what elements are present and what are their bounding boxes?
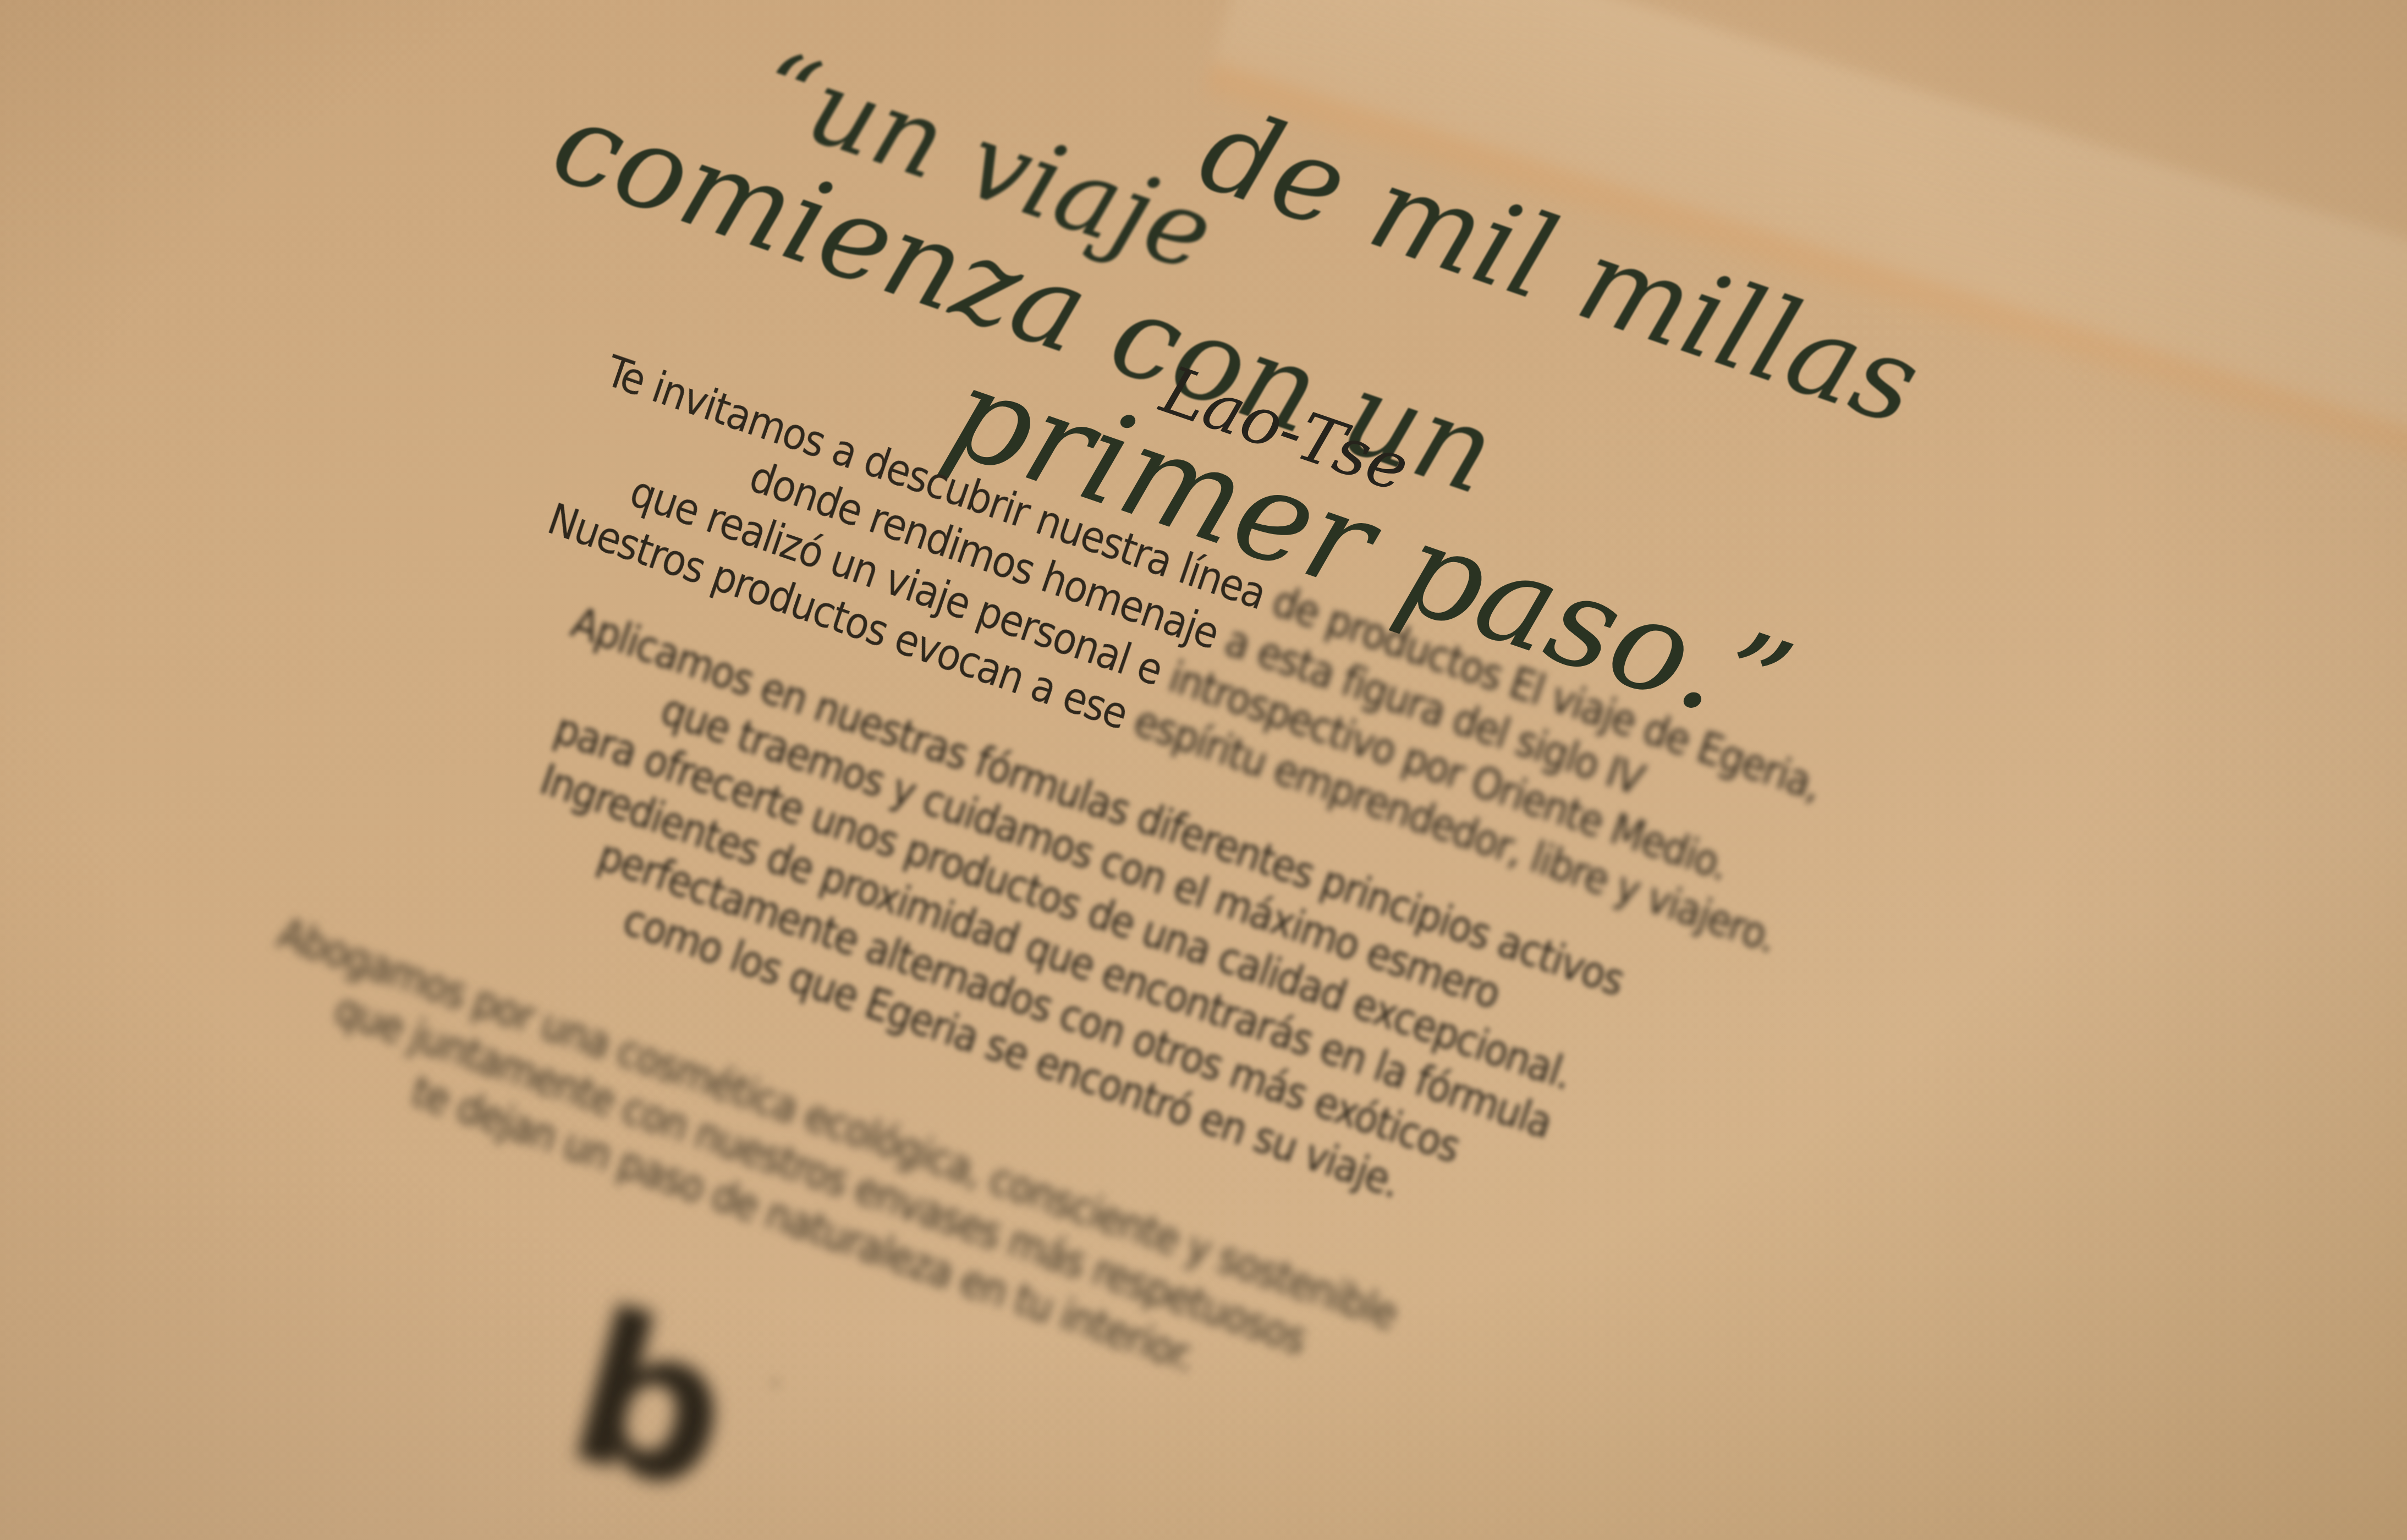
brand-logo-mark: · — [770, 1364, 781, 1402]
